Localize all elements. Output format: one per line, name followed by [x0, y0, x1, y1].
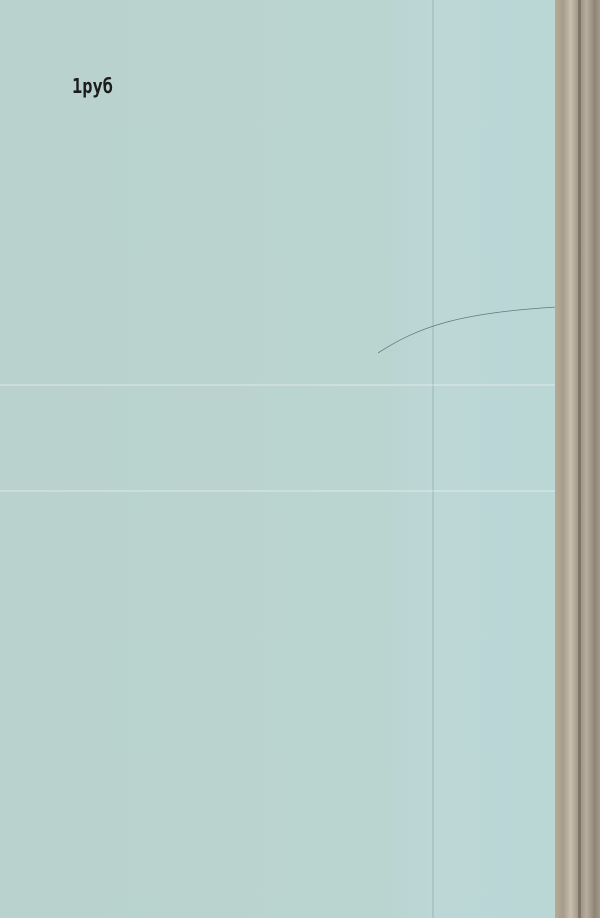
cover-board	[0, 0, 555, 918]
book-back-cover: 1руб	[0, 0, 600, 918]
board-fold-line	[432, 0, 434, 918]
paper-crease	[0, 384, 555, 386]
spine-hinge	[578, 0, 581, 918]
paper-crease	[0, 490, 555, 492]
price-label: 1руб	[72, 74, 113, 98]
pencil-scratch	[378, 305, 558, 355]
